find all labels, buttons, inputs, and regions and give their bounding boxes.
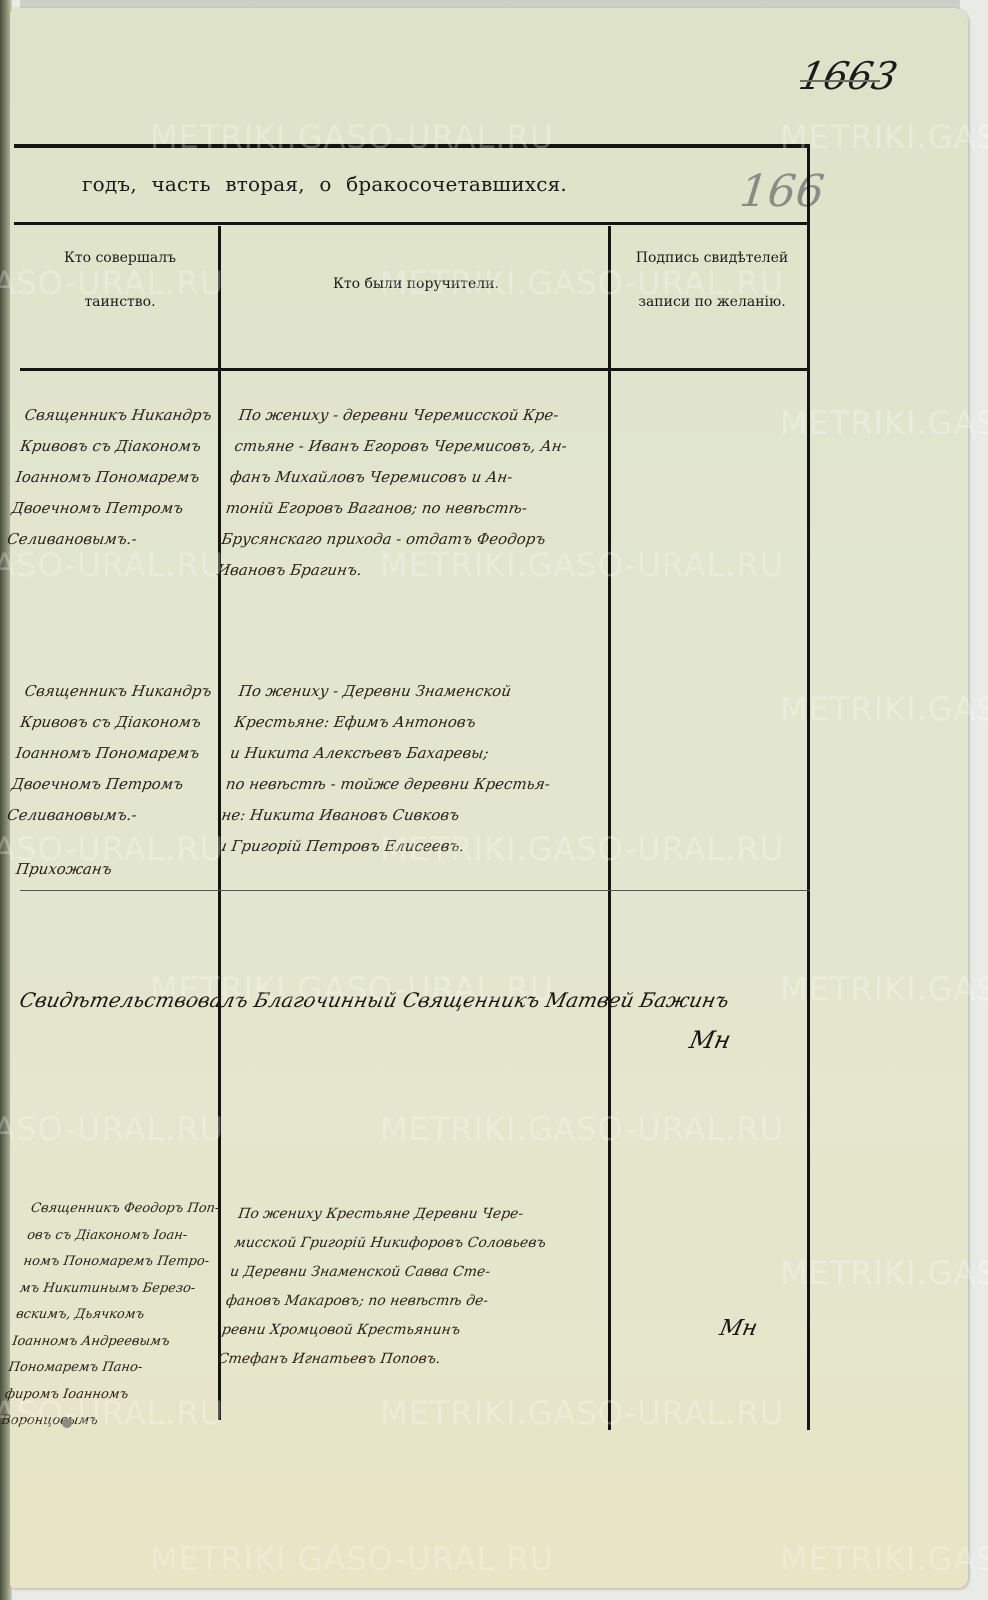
text-line: Ивановъ Брагинъ. bbox=[215, 555, 599, 586]
text-line: По жениху - Деревни Знаменской bbox=[237, 676, 621, 707]
text-line: и Григорій Петровъ Елисеевъ. bbox=[215, 831, 599, 862]
text-line: по невѣстѣ - тойже деревни Крестья- bbox=[224, 769, 608, 800]
entry-1-officiant: Священникъ Никандръ Кривовъ съ Діакономъ… bbox=[5, 400, 232, 555]
stamp-page-number: 1663 bbox=[795, 54, 901, 98]
text-line: Пономаремъ Пано- bbox=[7, 1355, 216, 1382]
text-line: мъ Никитинымъ Березо- bbox=[18, 1276, 227, 1303]
dean-certification: Свидѣтельствовалъ Благочинный Священникъ… bbox=[17, 988, 731, 1012]
text-line: Священникъ Феодоръ Поп- bbox=[29, 1196, 238, 1223]
text-line: Двоечномъ Петромъ bbox=[9, 493, 218, 524]
column-header-line: Кто совершалъ bbox=[20, 236, 220, 280]
text-line: мисской Григорій Никифоровъ Соловьевъ bbox=[232, 1229, 616, 1258]
certification-initials: Мн bbox=[687, 1026, 733, 1054]
text-line: Іоанномъ Пономаремъ bbox=[14, 462, 223, 493]
column-header-line: Подпись свидѣтелей bbox=[614, 236, 810, 280]
text-line: Воронцовымъ bbox=[0, 1408, 208, 1435]
text-line: номъ Пономаремъ Петро- bbox=[22, 1249, 231, 1276]
text-line: ревни Хромцовой Крестьянинъ bbox=[220, 1316, 604, 1345]
column-header-line: записи по желанію. bbox=[614, 280, 810, 324]
column-header-witness-signature: Подпись свидѣтелей записи по желанію. bbox=[614, 236, 810, 324]
entry-3-witness-signature: Мн bbox=[717, 1316, 759, 1341]
text-line: Селивановымъ.- bbox=[5, 524, 214, 555]
table-top-rule bbox=[14, 144, 810, 148]
text-line: тоній Егоровъ Ваганов; по невѣстѣ- bbox=[224, 493, 608, 524]
page-title: годъ, часть вторая, о бракосочетавшихся. bbox=[82, 172, 567, 196]
text-line: стьяне - Иванъ Егоровъ Черемисовъ, Ан- bbox=[232, 431, 616, 462]
entry-2-note: Прихожанъ bbox=[14, 854, 114, 885]
text-line: Селивановымъ.- bbox=[5, 800, 214, 831]
text-line: Стефанъ Игнатьевъ Поповъ. bbox=[216, 1345, 600, 1374]
column-header-line: таинство. bbox=[20, 280, 220, 324]
pencil-page-number: 166 bbox=[737, 166, 826, 217]
text-line: Крестьяне: Ефимъ Антоновъ bbox=[232, 707, 616, 738]
text-line: вскимъ, Дьячкомъ bbox=[14, 1302, 223, 1329]
entry-1-guarantors: По жениху - деревни Черемисской Кре- сть… bbox=[215, 400, 621, 586]
ink-spot bbox=[62, 1418, 72, 1428]
column-header-line: Кто были поручители. bbox=[222, 262, 610, 306]
text-line: Кривовъ съ Діакономъ bbox=[18, 431, 227, 462]
table-right-border bbox=[807, 148, 810, 1430]
text-line: овъ съ Діакономъ Іоан- bbox=[25, 1223, 234, 1250]
text-line: Кривовъ съ Діакономъ bbox=[18, 707, 227, 738]
text-line: и Никита Алексѣевъ Бахаревы; bbox=[228, 738, 612, 769]
column-header-guarantors: Кто были поручители. bbox=[222, 262, 610, 306]
text-line: Брусянскаго прихода - отдатъ Феодоръ bbox=[219, 524, 603, 555]
text-line: и Деревни Знаменской Савва Сте- bbox=[228, 1258, 612, 1287]
text-line: не: Никита Ивановъ Сивковъ bbox=[219, 800, 603, 831]
column-header-officiant: Кто совершалъ таинство. bbox=[20, 236, 220, 324]
strikethrough-line bbox=[800, 80, 880, 82]
text-line: По жениху - деревни Черемисской Кре- bbox=[237, 400, 621, 431]
text-line: фиромъ Іоанномъ bbox=[3, 1382, 212, 1409]
text-line: фановъ Макаровъ; по невѣстѣ де- bbox=[224, 1287, 608, 1316]
text-line: Іоанномъ Пономаремъ bbox=[14, 738, 223, 769]
text-line: Священникъ Никандръ bbox=[23, 676, 232, 707]
text-line: Священникъ Никандръ bbox=[23, 400, 232, 431]
entry-3-officiant: Священникъ Феодоръ Поп- овъ съ Діакономъ… bbox=[0, 1196, 238, 1435]
title-bottom-rule bbox=[14, 222, 810, 225]
entry-3-guarantors: По жениху Крестьяне Деревни Чере- мисско… bbox=[216, 1200, 620, 1374]
text-line: По жениху Крестьяне Деревни Чере- bbox=[236, 1200, 620, 1229]
text-line: Іоанномъ Андреевымъ bbox=[10, 1329, 219, 1356]
text-line: фанъ Михайловъ Черемисовъ и Ан- bbox=[228, 462, 612, 493]
entry-divider bbox=[20, 890, 810, 891]
header-bottom-rule bbox=[20, 368, 808, 371]
text-line: Двоечномъ Петромъ bbox=[9, 769, 218, 800]
entry-2-officiant: Священникъ Никандръ Кривовъ съ Діакономъ… bbox=[5, 676, 232, 831]
entry-2-guarantors: По жениху - Деревни Знаменской Крестьяне… bbox=[215, 676, 621, 862]
